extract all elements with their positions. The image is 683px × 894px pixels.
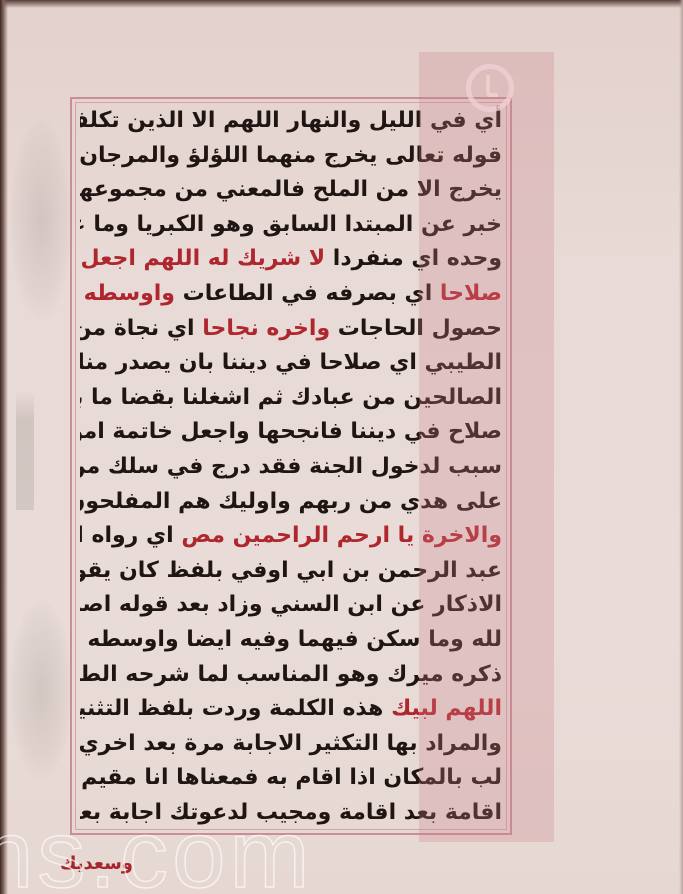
rubric-text: واخره نجاحا [202,316,330,341]
page-top-edge-shadow [0,0,683,8]
manuscript-page: أي في الليل والنهار اللهم الا الذين تكلف… [0,0,683,894]
body-text: اي نجاة من الافات وقال [80,316,202,341]
margin-bleedthrough-minaret [16,390,34,510]
body-text: اي رواه ابن ابي شيبة عن [80,523,181,548]
margin-bleedthrough-ornament [10,120,72,320]
margin-bleedthrough-ornament-lower [10,600,72,780]
circle-logo-icon [466,64,514,112]
binding-gutter [0,0,8,894]
rubric-text: لا شريك له اللهم اجعل اول هذا النهار [80,246,325,271]
page-right-edge [679,0,683,894]
body-text: هذه الكلمة وردت بلفظ التثنية المضافة [80,696,391,721]
rubric-text: واوسطه فلاحا [80,281,175,306]
body-text: اي بصرفه في الطاعات [175,281,440,306]
watermark-overlay [419,52,554,842]
watermark-text: ns.com [0,815,313,894]
